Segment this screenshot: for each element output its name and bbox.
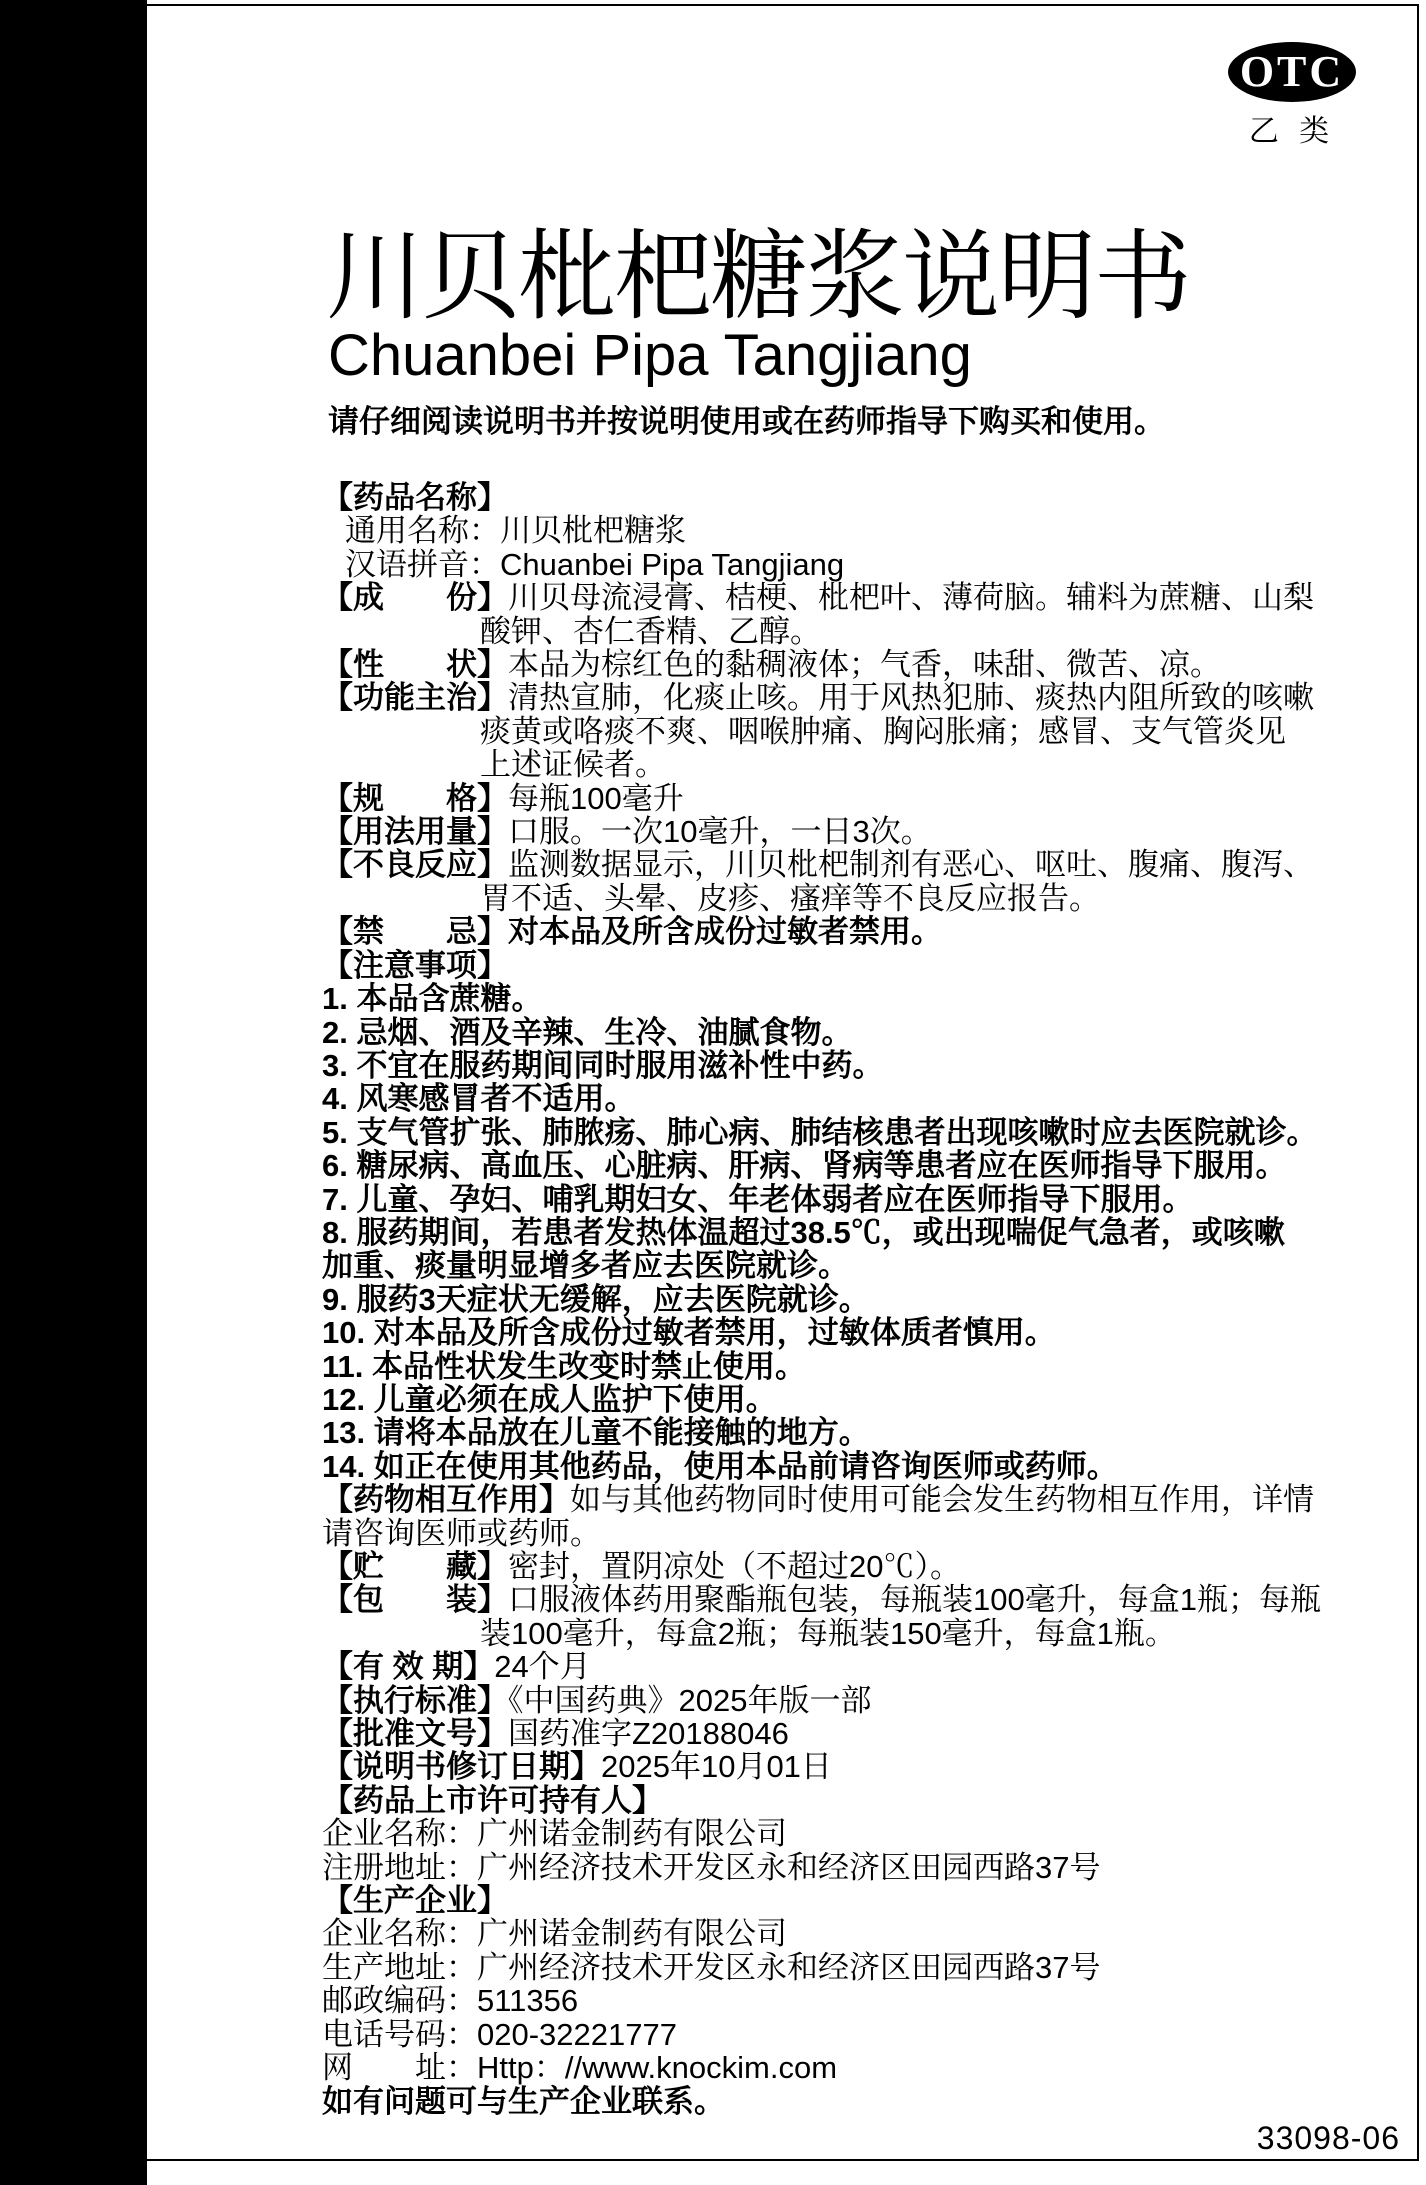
line-text: 7. 儿童、孕妇、哺乳期妇女、年老体弱者应在医师指导下服用。 — [322, 1182, 1193, 1217]
document-line: 【药品名称】 — [322, 481, 1402, 514]
line-text: 2. 忌烟、酒及辛辣、生冷、油腻食物。 — [322, 1015, 852, 1050]
line-text: 生产地址：广州经济技术开发区永和经济区田园西路37号 — [322, 1950, 1100, 1985]
line-text: 清热宣肺，化痰止咳。用于风热犯肺、痰热内阻所致的咳嗽 — [508, 680, 1314, 715]
package-insert-page: OTC 乙 类 川贝枇杷糖浆说明书 Chuanbei Pipa Tangjian… — [0, 0, 1426, 2185]
document-line: 【性 状】本品为棕红色的黏稠液体；气香，味甜、微苦、凉。 — [322, 648, 1402, 681]
line-text: 每瓶100毫升 — [508, 781, 684, 816]
line-text: 川贝母流浸膏、桔梗、枇杷叶、薄荷脑。辅料为蔗糖、山梨 — [508, 580, 1314, 615]
line-text: 密封，置阴凉处（不超过20℃）。 — [508, 1549, 961, 1584]
document-line: 【生产企业】 — [322, 1884, 1402, 1917]
document-line: 注册地址：广州经济技术开发区永和经济区田园西路37号 — [322, 1851, 1402, 1884]
line-text: 11. 本品性状发生改变时禁止使用。 — [322, 1349, 806, 1384]
line-text: 本品为棕红色的黏稠液体；气香，味甜、微苦、凉。 — [508, 647, 1221, 682]
document-line: 请咨询医师或药师。 — [322, 1517, 1402, 1550]
line-text: 上述证候者。 — [480, 747, 666, 782]
document-line: 8. 服药期间，若患者发热体温超过38.5℃，或出现喘促气急者，或咳嗽 — [322, 1216, 1402, 1249]
document-line: 【用法用量】口服。一次10毫升，一日3次。 — [322, 815, 1402, 848]
section-label: 【执行标准】 — [322, 1683, 508, 1718]
document-line: 【药品上市许可持有人】 — [322, 1784, 1402, 1817]
line-text: 13. 请将本品放在儿童不能接触的地方。 — [322, 1415, 870, 1450]
line-text: 加重、痰量明显增多者应去医院就诊。 — [322, 1248, 849, 1283]
document-line: 5. 支气管扩张、肺脓疡、肺心病、肺结核患者出现咳嗽时应去医院就诊。 — [322, 1116, 1402, 1149]
line-text: 监测数据显示，川贝枇杷制剂有恶心、呕吐、腹痛、腹泻、 — [508, 847, 1314, 882]
line-text: 14. 如正在使用其他药品，使用本品前请咨询医师或药师。 — [322, 1449, 1118, 1484]
line-text: 5. 支气管扩张、肺脓疡、肺心病、肺结核患者出现咳嗽时应去医院就诊。 — [322, 1115, 1317, 1150]
section-label: 【药品上市许可持有人】 — [322, 1783, 663, 1818]
line-text: 如与其他药物同时使用可能会发生药物相互作用，详情 — [570, 1482, 1314, 1517]
document-line: 装100毫升，每盒2瓶；每瓶装150毫升，每盒1瓶。 — [480, 1617, 1402, 1650]
line-text: 4. 风寒感冒者不适用。 — [322, 1081, 635, 1116]
line-text: 痰黄或咯痰不爽、咽喉肿痛、胸闷胀痛；感冒、支气管炎见 — [480, 714, 1286, 749]
document-line: 电话号码：020-32221777 — [322, 2018, 1402, 2051]
line-text: 9. 服药3天症状无缓解，应去医院就诊。 — [322, 1282, 870, 1317]
document-body: 【药品名称】通用名称：川贝枇杷糖浆汉语拼音：Chuanbei Pipa Tang… — [322, 481, 1402, 2118]
section-label: 【性 状】 — [322, 647, 508, 682]
line-text: 口服。一次10毫升，一日3次。 — [508, 814, 932, 849]
document-line: 上述证候者。 — [480, 748, 1402, 781]
document-line: 【注意事项】 — [322, 949, 1402, 982]
document-line: 【不良反应】监测数据显示，川贝枇杷制剂有恶心、呕吐、腹痛、腹泻、 — [322, 848, 1402, 881]
document-line: 【功能主治】清热宣肺，化痰止咳。用于风热犯肺、痰热内阻所致的咳嗽 — [322, 681, 1402, 714]
document-line: 企业名称：广州诺金制药有限公司 — [322, 1817, 1402, 1850]
line-text: 请咨询医师或药师。 — [322, 1516, 601, 1551]
document-line: 邮政编码：511356 — [322, 1984, 1402, 2017]
document-line: 7. 儿童、孕妇、哺乳期妇女、年老体弱者应在医师指导下服用。 — [322, 1183, 1402, 1216]
document-line: 【包 装】口服液体药用聚酯瓶包装，每瓶装100毫升，每盒1瓶；每瓶 — [322, 1583, 1402, 1616]
line-text: 1. 本品含蔗糖。 — [322, 981, 542, 1016]
document-line: 【规 格】每瓶100毫升 — [322, 782, 1402, 815]
line-text: 口服液体药用聚酯瓶包装，每瓶装100毫升，每盒1瓶；每瓶 — [508, 1582, 1321, 1617]
document-line: 10. 对本品及所含成份过敏者禁用，过敏体质者慎用。 — [322, 1316, 1402, 1349]
section-label: 【说明书修订日期】 — [322, 1749, 601, 1784]
line-text: 汉语拼音：Chuanbei Pipa Tangjiang — [345, 547, 844, 582]
line-text: 对本品及所含成份过敏者禁用。 — [508, 914, 942, 949]
section-label: 【成 份】 — [322, 580, 508, 615]
document-line: 【有 效 期】24个月 — [322, 1650, 1402, 1683]
section-label: 【禁 忌】 — [322, 914, 508, 949]
document-line: 1. 本品含蔗糖。 — [322, 982, 1402, 1015]
document-line: 汉语拼音：Chuanbei Pipa Tangjiang — [345, 548, 1402, 581]
document-line: 【说明书修订日期】2025年10月01日 — [322, 1750, 1402, 1783]
section-label: 【药物相互作用】 — [322, 1482, 570, 1517]
document-line: 13. 请将本品放在儿童不能接触的地方。 — [322, 1416, 1402, 1449]
document-line: 如有问题可与生产企业联系。 — [322, 2085, 1402, 2118]
section-label: 【包 装】 — [322, 1582, 508, 1617]
section-label: 【用法用量】 — [322, 814, 508, 849]
line-text: 装100毫升，每盒2瓶；每瓶装150毫升，每盒1瓶。 — [480, 1616, 1176, 1651]
section-label: 【生产企业】 — [322, 1883, 508, 1918]
document-line: 14. 如正在使用其他药品，使用本品前请咨询医师或药师。 — [322, 1450, 1402, 1483]
section-label: 【药品名称】 — [322, 480, 508, 515]
otc-badge: OTC 乙 类 — [1222, 42, 1362, 150]
document-line: 【药物相互作用】如与其他药物同时使用可能会发生药物相互作用，详情 — [322, 1483, 1402, 1516]
line-text: 2025年10月01日 — [601, 1749, 832, 1784]
document-line: 【禁 忌】对本品及所含成份过敏者禁用。 — [322, 915, 1402, 948]
document-line: 9. 服药3天症状无缓解，应去医院就诊。 — [322, 1283, 1402, 1316]
line-text: 企业名称：广州诺金制药有限公司 — [322, 1916, 787, 1951]
line-text: 如有问题可与生产企业联系。 — [322, 2084, 725, 2119]
document-line: 酸钾、杏仁香精、乙醇。 — [480, 615, 1402, 648]
document-line: 生产地址：广州经济技术开发区永和经济区田园西路37号 — [322, 1951, 1402, 1984]
page-title-pinyin: Chuanbei Pipa Tangjiang — [328, 322, 972, 389]
line-text: 12. 儿童必须在成人监护下使用。 — [322, 1382, 777, 1417]
document-line: 2. 忌烟、酒及辛辣、生冷、油腻食物。 — [322, 1016, 1402, 1049]
line-text: 3. 不宜在服药期间同时服用滋补性中药。 — [322, 1048, 883, 1083]
otc-logo-icon: OTC — [1228, 42, 1356, 102]
line-text: 注册地址：广州经济技术开发区永和经济区田园西路37号 — [322, 1850, 1100, 1885]
otc-class-label: 乙 类 — [1222, 106, 1362, 150]
document-code: 33098-06 — [322, 2120, 1400, 2157]
document-line: 痰黄或咯痰不爽、咽喉肿痛、胸闷胀痛；感冒、支气管炎见 — [480, 715, 1402, 748]
line-text: 胃不适、头晕、皮疹、瘙痒等不良反应报告。 — [480, 881, 1100, 916]
document-line: 【执行标准】《中国药典》2025年版一部 — [322, 1684, 1402, 1717]
document-line: 企业名称：广州诺金制药有限公司 — [322, 1917, 1402, 1950]
section-label: 【贮 藏】 — [322, 1549, 508, 1584]
page-title: 川贝枇杷糖浆说明书 — [326, 198, 1190, 339]
section-label: 【不良反应】 — [322, 847, 508, 882]
read-instructions-notice: 请仔细阅读说明书并按说明使用或在药师指导下购买和使用。 — [328, 396, 1165, 441]
line-text: 国药准字Z20188046 — [508, 1716, 789, 1751]
line-text: 通用名称：川贝枇杷糖浆 — [345, 513, 686, 548]
document-line: 【批准文号】国药准字Z20188046 — [322, 1717, 1402, 1750]
document-line: 【成 份】川贝母流浸膏、桔梗、枇杷叶、薄荷脑。辅料为蔗糖、山梨 — [322, 581, 1402, 614]
section-label: 【批准文号】 — [322, 1716, 508, 1751]
document-line: 6. 糖尿病、高血压、心脏病、肝病、肾病等患者应在医师指导下服用。 — [322, 1149, 1402, 1182]
document-line: 4. 风寒感冒者不适用。 — [322, 1082, 1402, 1115]
document-line: 加重、痰量明显增多者应去医院就诊。 — [322, 1249, 1402, 1282]
line-text: 酸钾、杏仁香精、乙醇。 — [480, 614, 821, 649]
line-text: 6. 糖尿病、高血压、心脏病、肝病、肾病等患者应在医师指导下服用。 — [322, 1148, 1286, 1183]
line-text: 《中国药典》2025年版一部 — [508, 1683, 871, 1718]
line-text: 企业名称：广州诺金制药有限公司 — [322, 1816, 787, 1851]
document-line: 通用名称：川贝枇杷糖浆 — [345, 514, 1402, 547]
line-text: 10. 对本品及所含成份过敏者禁用，过敏体质者慎用。 — [322, 1315, 1056, 1350]
document-line: 3. 不宜在服药期间同时服用滋补性中药。 — [322, 1049, 1402, 1082]
section-label: 【规 格】 — [322, 781, 508, 816]
document-line: 12. 儿童必须在成人监护下使用。 — [322, 1383, 1402, 1416]
line-text: 电话号码：020-32221777 — [322, 2017, 677, 2052]
section-label: 【注意事项】 — [322, 948, 508, 983]
document-line: 【贮 藏】密封，置阴凉处（不超过20℃）。 — [322, 1550, 1402, 1583]
line-text: 8. 服药期间，若患者发热体温超过38.5℃，或出现喘促气急者，或咳嗽 — [322, 1215, 1285, 1250]
line-text: 24个月 — [494, 1649, 590, 1684]
document-line: 网 址：Http：//www.knockim.com — [322, 2051, 1402, 2084]
line-text: 邮政编码：511356 — [322, 1983, 578, 2018]
section-label: 【有 效 期】 — [322, 1649, 494, 1684]
document-line: 11. 本品性状发生改变时禁止使用。 — [322, 1350, 1402, 1383]
line-text: 网 址：Http：//www.knockim.com — [322, 2050, 837, 2085]
document-line: 胃不适、头晕、皮疹、瘙痒等不良反应报告。 — [480, 882, 1402, 915]
section-label: 【功能主治】 — [322, 680, 508, 715]
